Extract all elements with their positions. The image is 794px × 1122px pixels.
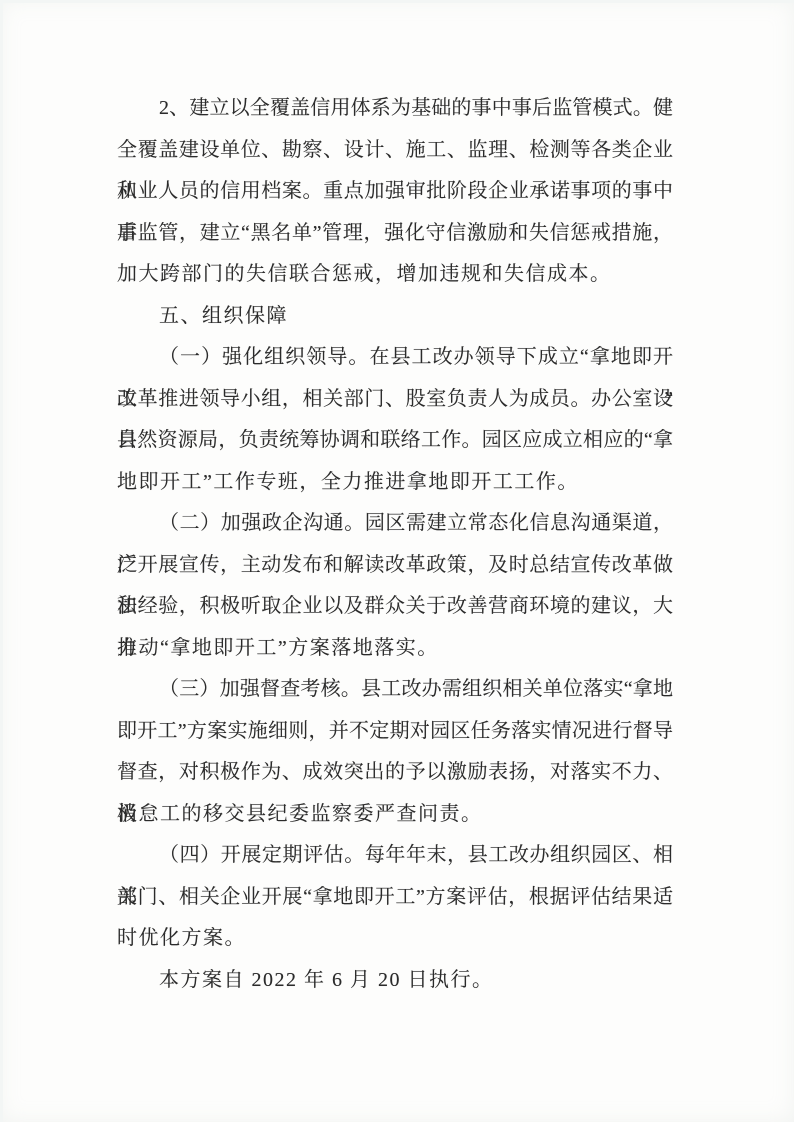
paragraph-line: 后监管，建立“黑名单”管理，强化守信激励和失信惩戒措施， (117, 213, 673, 255)
effective-date-line: 本方案自 2022 年 6 月 20 日执行。 (117, 960, 673, 1002)
paragraph-line: 全覆盖建设单位、勘察、设计、施工、监理、检测等各类企业和 (117, 130, 673, 172)
paragraph-line: 地即开工”工作专班，全力推进拿地即开工工作。 (117, 462, 673, 504)
paragraph-line: 推动“拿地即开工”方案落地落实。 (117, 628, 673, 670)
paragraph-line: 加大跨部门的失信联合惩戒，增加违规和失信成本。 (117, 254, 673, 296)
paragraph-line: 时优化方案。 (117, 918, 673, 960)
paragraph-line: （一）强化组织领导。在县工改办领导下成立“拿地即开工” (117, 337, 673, 379)
paragraph-line: 2、建立以全覆盖信用体系为基础的事中事后监管模式。健 (117, 88, 673, 130)
paragraph-line: 改革推进领导小组，相关部门、股室负责人为成员。办公室设县 (117, 379, 673, 421)
paragraph-line: （四）开展定期评估。每年年末，县工改办组织园区、相关 (117, 835, 673, 877)
section-heading: 五、组织保障 (117, 296, 673, 338)
paragraph-line: 极怠工的移交县纪委监察委严查问责。 (117, 794, 673, 836)
document-body: 2、建立以全覆盖信用体系为基础的事中事后监管模式。健 全覆盖建设单位、勘察、设计… (117, 88, 673, 1001)
paragraph-line: （二）加强政企沟通。园区需建立常态化信息沟通渠道，广 (117, 503, 673, 545)
paragraph-line: 部门、相关企业开展“拿地即开工”方案评估，根据评估结果适 (117, 877, 673, 919)
paragraph-line: 泛开展宣传，主动发布和解读改革政策，及时总结宣传改革做法 (117, 545, 673, 587)
document-page: 2、建立以全覆盖信用体系为基础的事中事后监管模式。健 全覆盖建设单位、勘察、设计… (0, 0, 794, 1122)
paragraph-line: （三）加强督查考核。县工改办需组织相关单位落实“拿地 (117, 669, 673, 711)
paragraph-line: 督查，对积极作为、成效突出的予以激励表扬，对落实不力、消 (117, 752, 673, 794)
paragraph-line: 和经验，积极听取企业以及群众关于改善营商环境的建议，大力 (117, 586, 673, 628)
paragraph-line: 即开工”方案实施细则，并不定期对园区任务落实情况进行督导 (117, 711, 673, 753)
paragraph-line: 自然资源局，负责统筹协调和联络工作。园区应成立相应的“拿 (117, 420, 673, 462)
paragraph-line: 从业人员的信用档案。重点加强审批阶段企业承诺事项的事中事 (117, 171, 673, 213)
